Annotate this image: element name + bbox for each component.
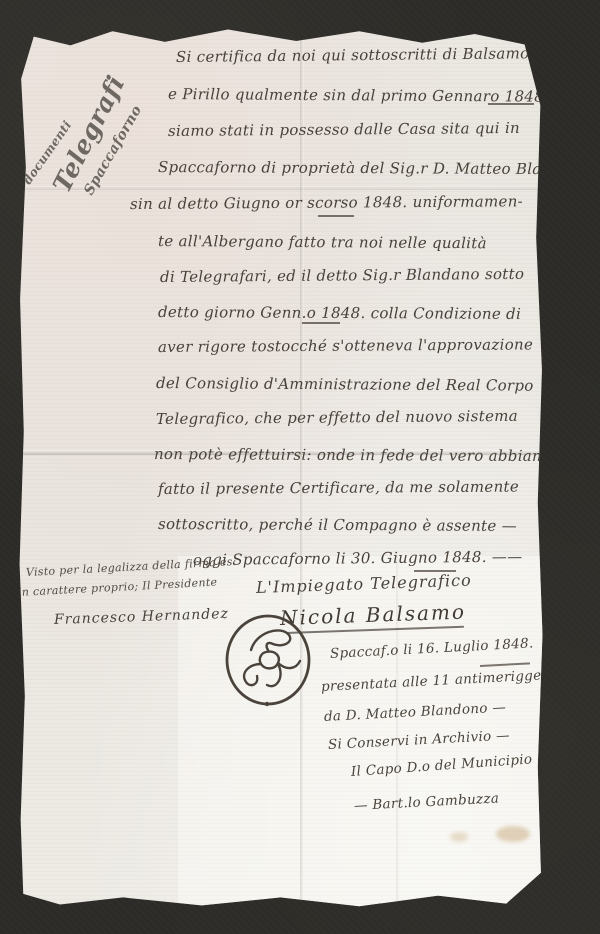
legalization-signature: Francesco Hernandez — [54, 606, 229, 628]
trinacria-seal-icon — [223, 614, 315, 712]
manuscript-paper: + documenti Telegrafi Spaccaforno Si cer… — [18, 26, 543, 908]
body-line: fatto il presente Certificare, da me sol… — [158, 477, 519, 498]
closing-role-line: L'Impiegato Telegrafico — [256, 570, 472, 597]
ink-underline — [302, 322, 340, 324]
body-line: di Telegrafari, ed il detto Sig.r Blanda… — [160, 265, 524, 286]
registration-line: da D. Matteo Blandono — — [324, 699, 507, 725]
registration-line: Si Conservi in Archivio — — [328, 727, 511, 753]
registration-line: Il Capo D.o del Municipio — [350, 751, 532, 780]
body-line: oggi Spaccaforno li 30. Giugno 1848. —— — [193, 548, 523, 569]
paper-stain — [450, 832, 468, 842]
registration-signature: — Bart.lo Gambuzza — [354, 790, 500, 814]
body-line: Telegrafico, che per effetto del nuovo s… — [156, 407, 518, 428]
body-line: sottoscritto, perché il Compagno è assen… — [158, 515, 517, 535]
body-line: sin al detto Giugno or scorso 1848. unif… — [130, 192, 523, 213]
body-line: aver rigore tostocché s'otteneva l'appro… — [158, 335, 533, 356]
body-line: Spaccaforno di proprietà del Sig.r D. Ma… — [158, 158, 590, 178]
ink-underline — [488, 103, 534, 105]
legalization-line: in carattere proprio; Il Presidente — [18, 576, 218, 599]
ink-underline — [318, 215, 354, 217]
body-line: Si certifica da noi qui sottoscritti di … — [176, 44, 535, 66]
paper-stain — [496, 826, 530, 842]
registration-line: presentata alle 11 antimerigge — [321, 667, 542, 695]
body-line: siamo stati in possesso dalle Casa sita … — [168, 119, 520, 140]
body-line: te all'Albergano fatto tra noi nelle qua… — [158, 232, 487, 252]
registration-line: Spaccaf.o li 16. Luglio 1848. — [330, 635, 534, 662]
body-line: non potè effettuirsi: onde in fede del v… — [154, 445, 556, 465]
body-line: detto giorno Genn.o 1848. colla Condizio… — [158, 303, 521, 323]
body-line: del Consiglio d'Amministrazione del Real… — [156, 374, 534, 395]
ink-underline — [480, 662, 530, 666]
